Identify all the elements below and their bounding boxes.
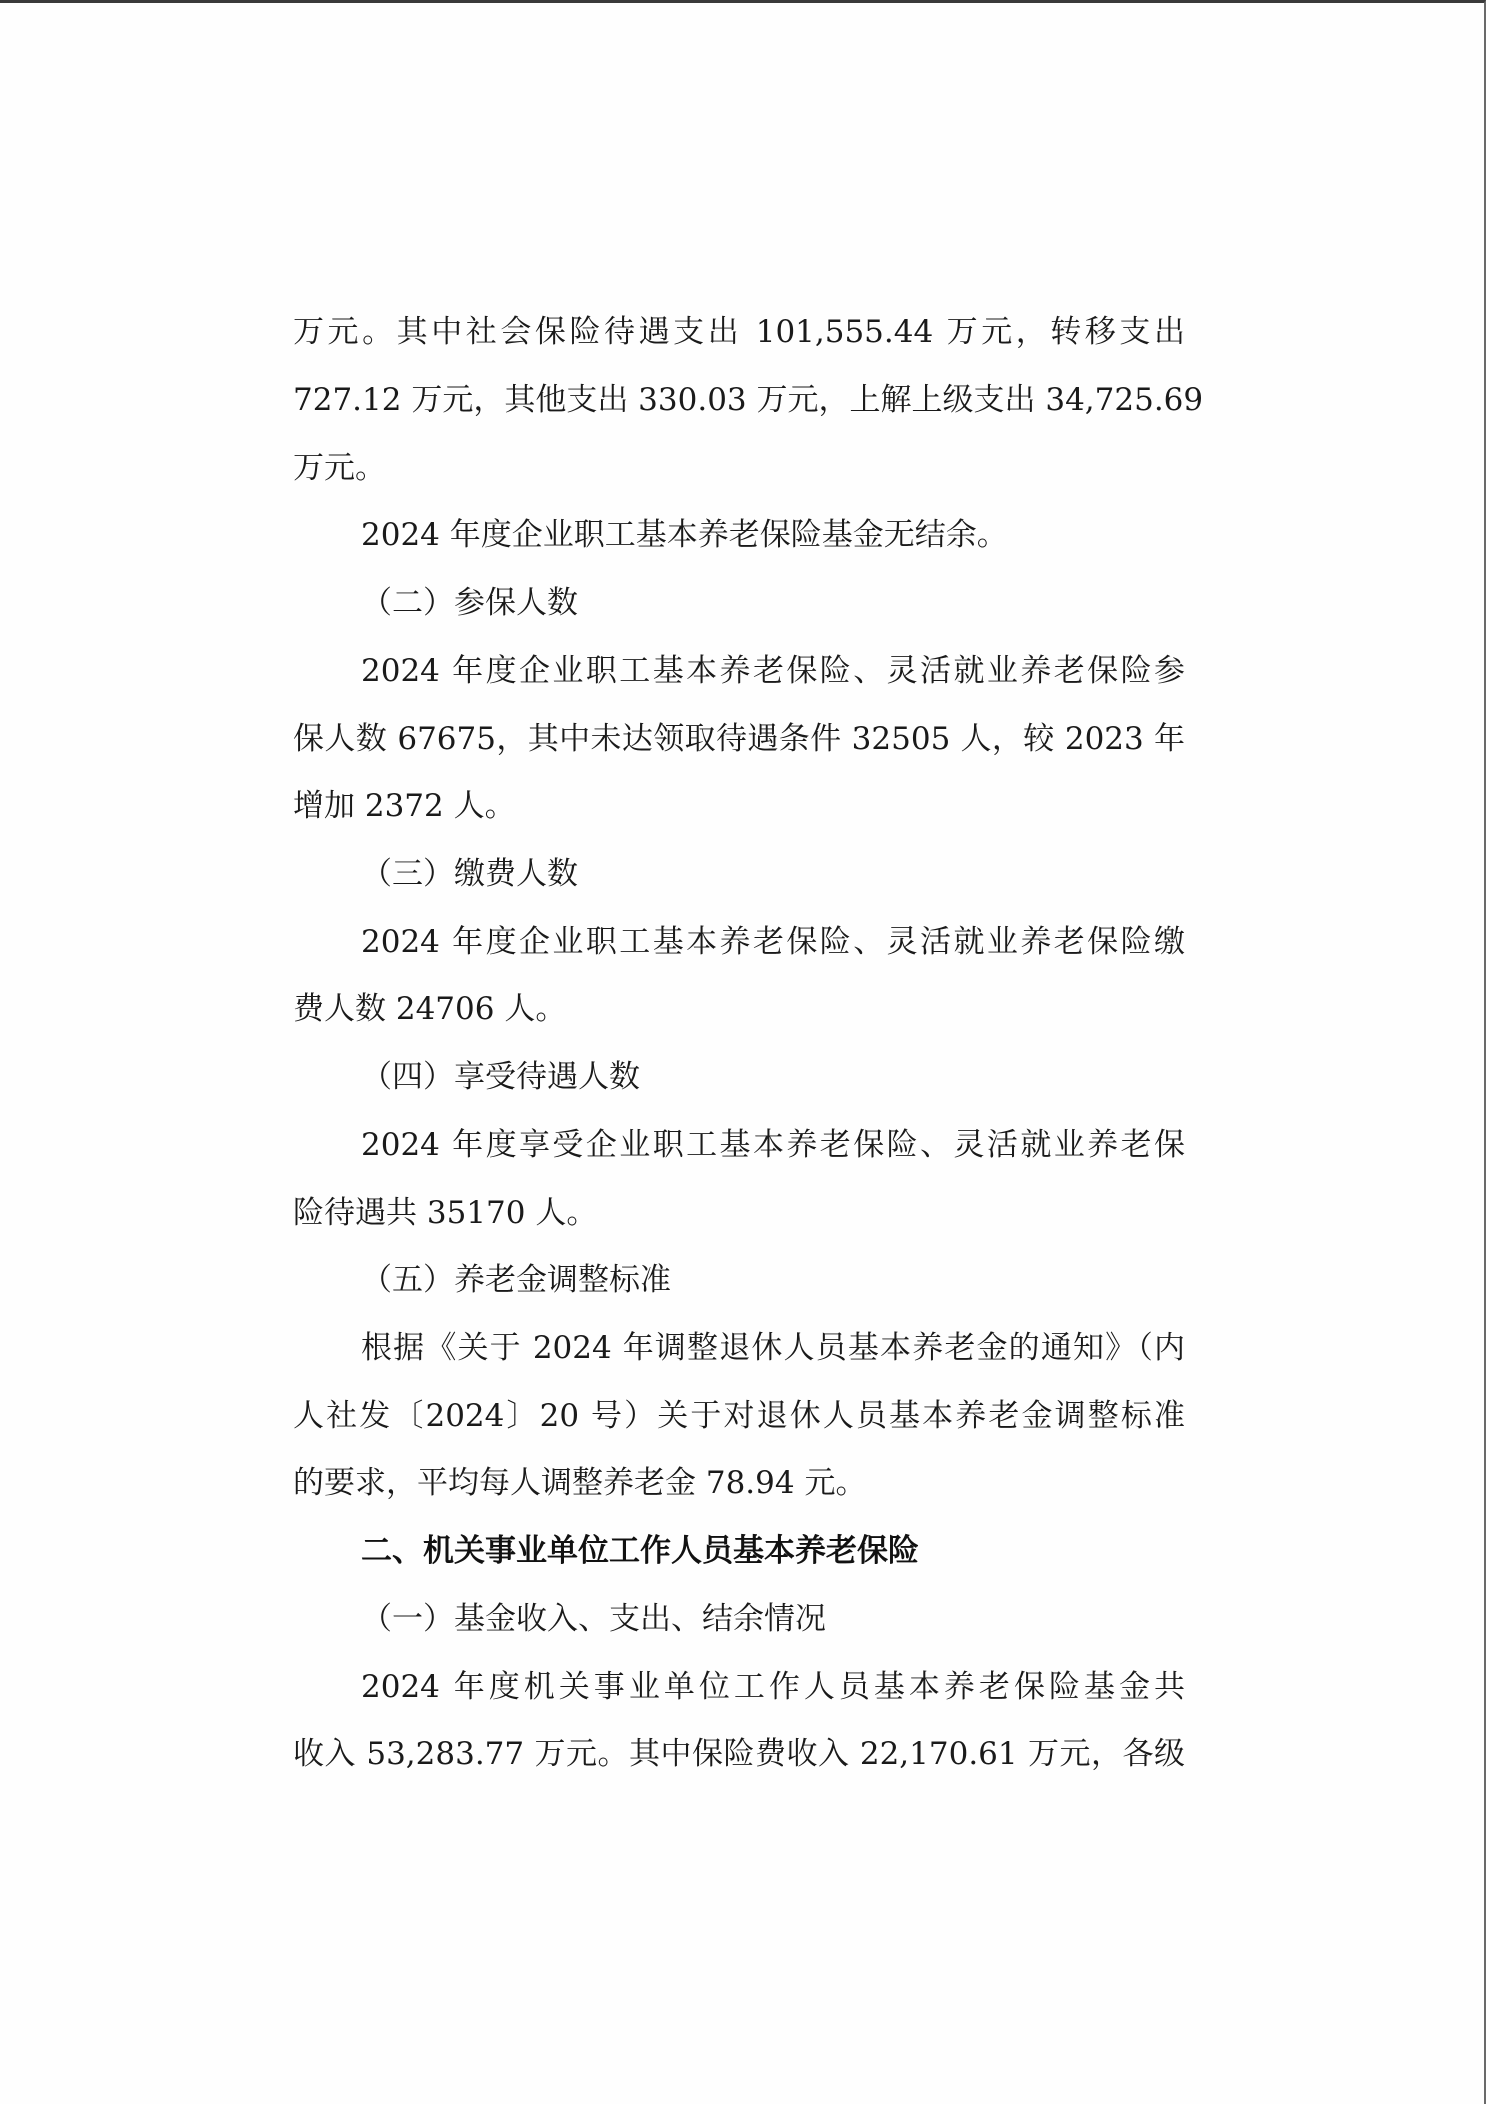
- subheading-fund-income-expenditure: （一）基金收入、支出、结余情况: [361, 1597, 826, 1641]
- paragraph-insured-persons: 2024 年度企业职工基本养老保险、灵活就业养老保险参: [361, 649, 1185, 693]
- body-line: 的要求，平均每人调整养老金 78.94 元。: [293, 1461, 1185, 1505]
- subheading-pension-adjustment: （五）养老金调整标准: [361, 1258, 671, 1302]
- body-line: 增加 2372 人。: [293, 784, 1185, 828]
- paragraph-pension-adjustment: 根据《关于 2024 年调整退休人员基本养老金的通知》（内: [361, 1326, 1185, 1370]
- body-line: 费人数 24706 人。: [293, 987, 1185, 1031]
- paragraph-institution-fund: 2024 年度机关事业单位工作人员基本养老保险基金共: [361, 1665, 1185, 1709]
- subheading-beneficiaries: （四）享受待遇人数: [361, 1055, 640, 1099]
- paragraph-fund-balance: 2024 年度企业职工基本养老保险基金无结余。: [361, 513, 1185, 557]
- body-line: 万元。其中社会保险待遇支出 101,555.44 万元，转移支出: [293, 310, 1185, 354]
- document-page: 万元。其中社会保险待遇支出 101,555.44 万元，转移支出 727.12 …: [0, 0, 1486, 2104]
- paragraph-beneficiaries: 2024 年度享受企业职工基本养老保险、灵活就业养老保: [361, 1123, 1185, 1167]
- section-heading-institution-pension: 二、机关事业单位工作人员基本养老保险: [361, 1529, 919, 1573]
- body-line: 保人数 67675，其中未达领取待遇条件 32505 人，较 2023 年: [293, 717, 1185, 761]
- paragraph-contributors: 2024 年度企业职工基本养老保险、灵活就业养老保险缴: [361, 920, 1185, 964]
- body-line: 万元。: [293, 446, 1185, 490]
- subheading-contributors: （三）缴费人数: [361, 852, 578, 896]
- body-line: 收入 53,283.77 万元。其中保险费收入 22,170.61 万元，各级: [293, 1732, 1185, 1776]
- body-line: 727.12 万元，其他支出 330.03 万元，上解上级支出 34,725.6…: [293, 378, 1185, 422]
- body-line: 险待遇共 35170 人。: [293, 1191, 1185, 1235]
- body-line: 人社发〔2024〕20 号）关于对退休人员基本养老金调整标准: [293, 1394, 1185, 1438]
- subheading-insured-persons: （二）参保人数: [361, 581, 578, 625]
